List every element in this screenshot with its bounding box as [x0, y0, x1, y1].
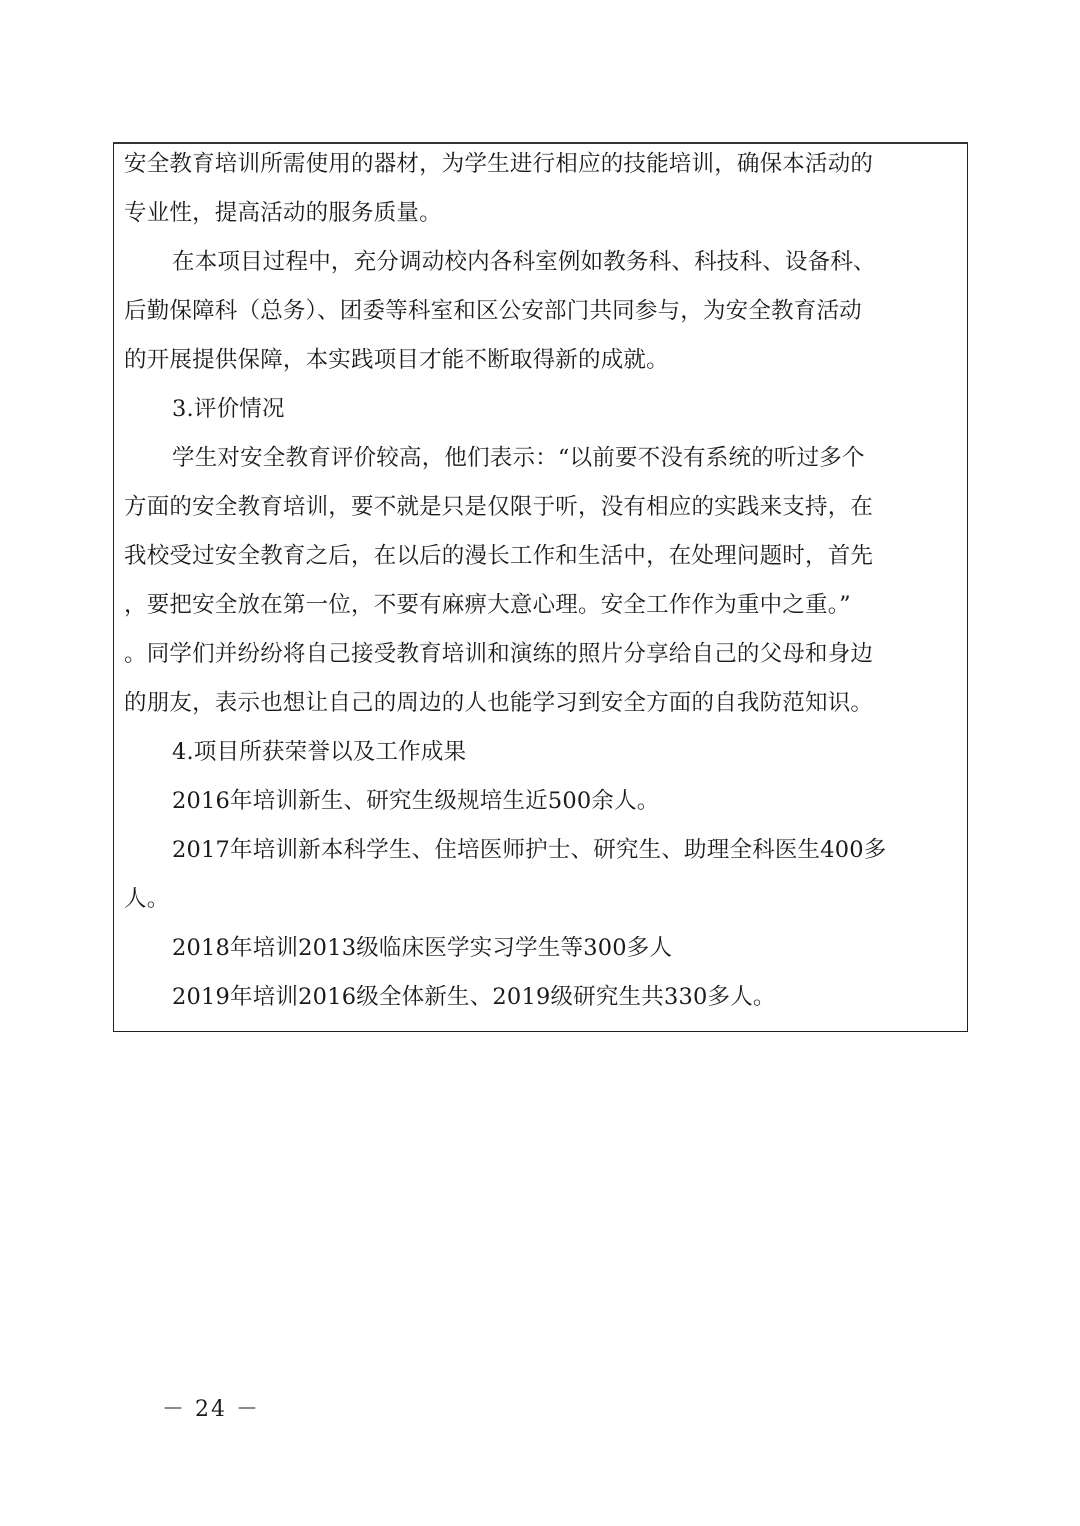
paragraph-start: 学生对安全教育评价较高，他们表示：“以前要不没有系统的听过多个 — [172, 443, 865, 473]
text-line: 后勤保障科（总务）、团委等科室和区公安部门共同参与，为安全教育活动 — [124, 296, 862, 326]
text-line: ，要把安全放在第一位，不要有麻痹大意心理。安全工作作为重中之重。” — [124, 590, 851, 620]
achievement-2017: 2017年培训新本科学生、住培医师护士、研究生、助理全科医生400多 — [172, 835, 887, 865]
achievement-2019: 2019年培训2016级全体新生、2019级研究生共330多人。 — [172, 982, 776, 1012]
text-line: 安全教育培训所需使用的器材，为学生进行相应的技能培训，确保本活动的 — [124, 149, 873, 179]
paragraph-start: 在本项目过程中，充分调动校内各科室例如教务科、科技科、设备科、 — [172, 247, 876, 277]
section-heading-evaluation: 3.评价情况 — [172, 394, 285, 424]
content-table-cell: 安全教育培训所需使用的器材，为学生进行相应的技能培训，确保本活动的 专业性，提高… — [113, 142, 968, 1032]
page-number: － 24 － — [162, 1392, 260, 1423]
text-line: 专业性，提高活动的服务质量。 — [124, 198, 442, 228]
section-heading-achievements: 4.项目所获荣誉以及工作成果 — [172, 737, 466, 767]
text-line: 方面的安全教育培训，要不就是只是仅限于听，没有相应的实践来支持，在 — [124, 492, 873, 522]
achievement-2016: 2016年培训新生、研究生级规培生近500余人。 — [172, 786, 660, 816]
achievement-2018: 2018年培训2013级临床医学实习学生等300多人 — [172, 933, 672, 963]
text-line: 的开展提供保障，本实践项目才能不断取得新的成就。 — [124, 345, 669, 375]
text-line: 的朋友，表示也想让自己的周边的人也能学习到安全方面的自我防范知识。 — [124, 688, 873, 718]
text-line: 。同学们并纷纷将自己接受教育培训和演练的照片分享给自己的父母和身边 — [124, 639, 873, 669]
text-line: 人。 — [124, 884, 169, 914]
text-line: 我校受过安全教育之后，在以后的漫长工作和生活中，在处理问题时，首先 — [124, 541, 873, 571]
